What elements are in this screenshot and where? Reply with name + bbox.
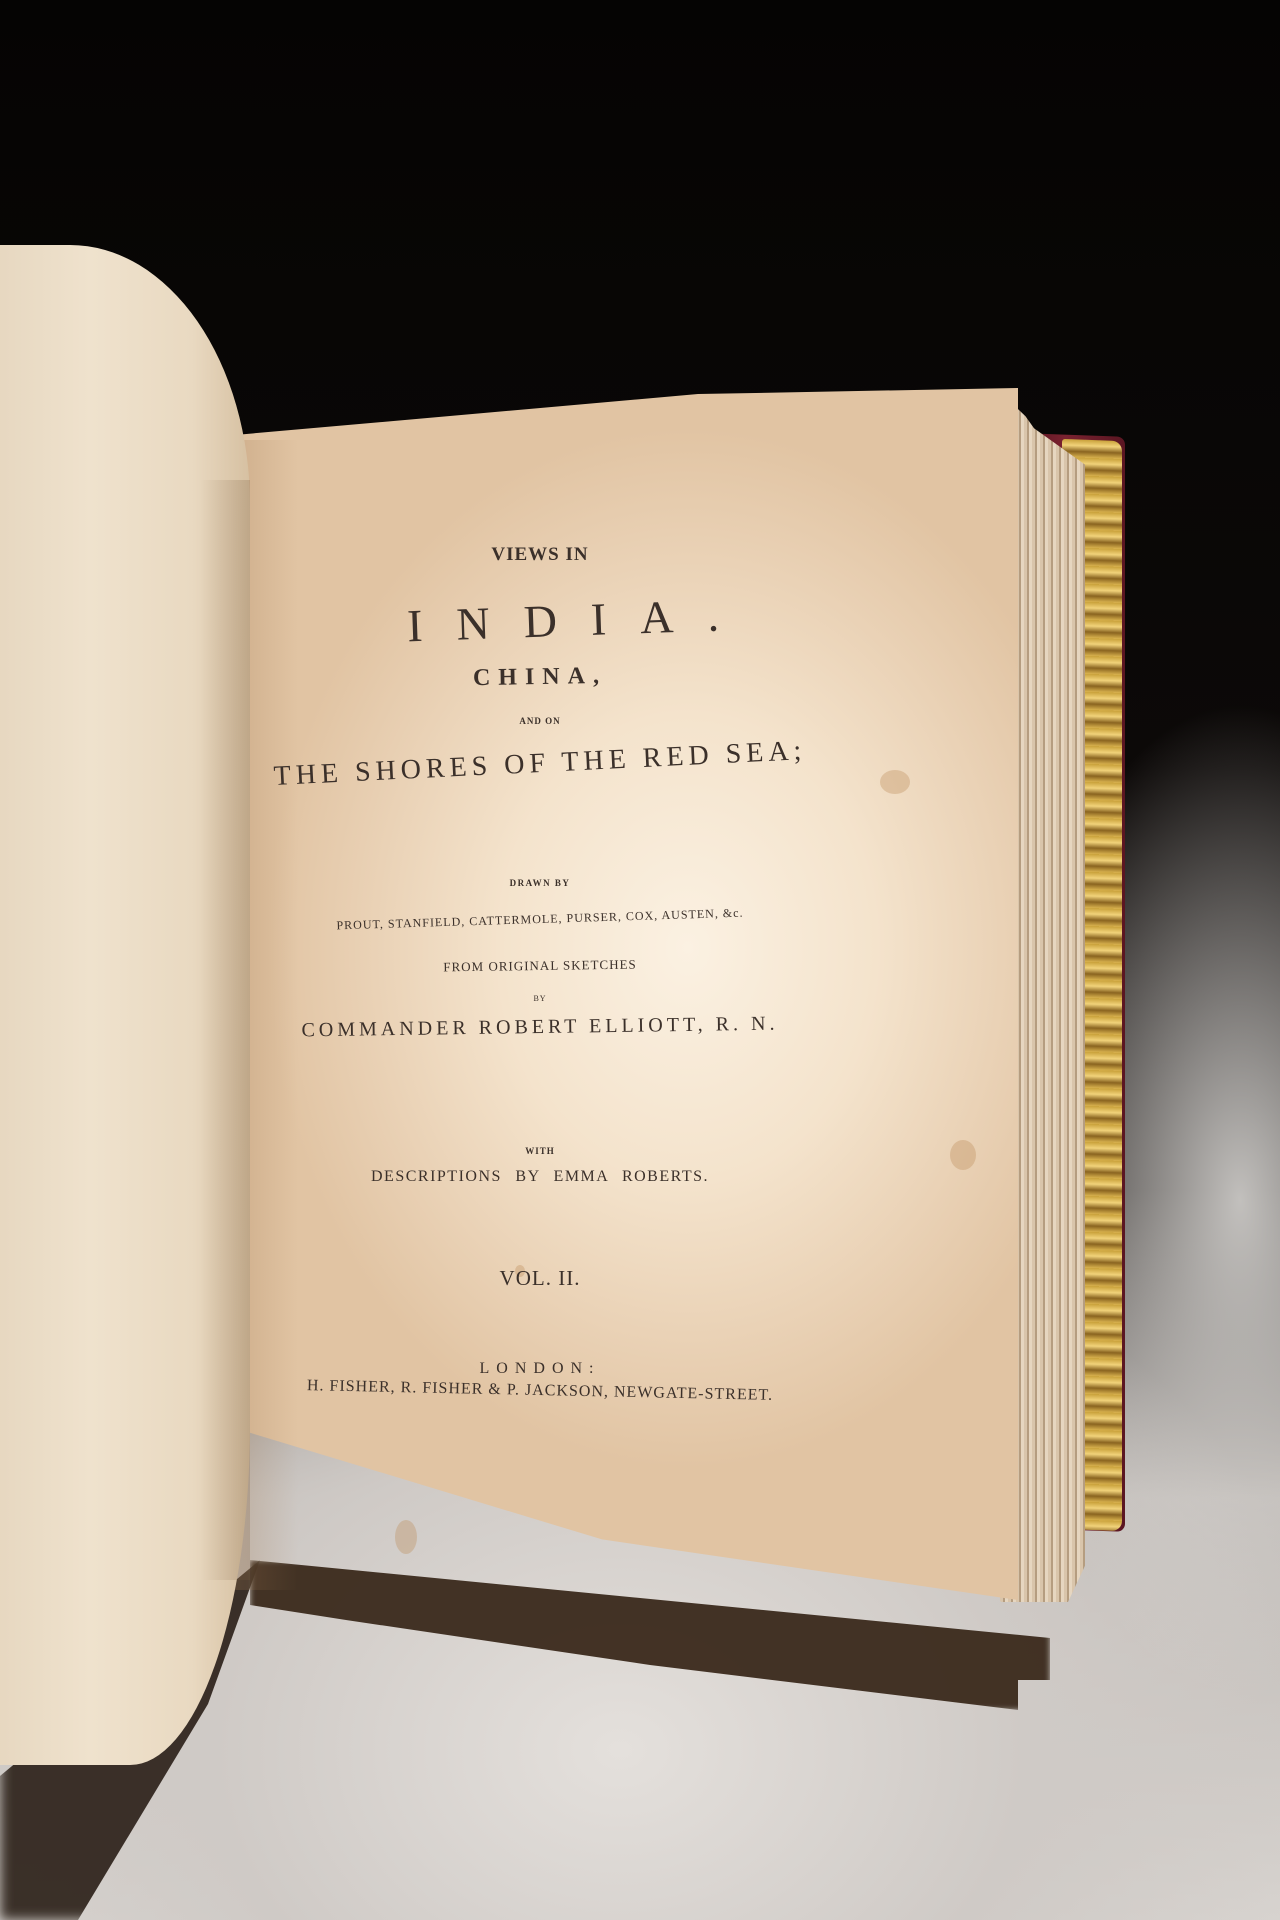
with-line: WITH: [250, 1146, 830, 1156]
foxing-spot: [395, 1520, 417, 1554]
foxing-spot: [950, 1140, 976, 1170]
by-line: BY: [250, 994, 830, 1003]
views-in-line: VIEWS IN: [250, 544, 830, 566]
descriptions-line: DESCRIPTIONS BY EMMA ROBERTS.: [250, 1168, 830, 1186]
drawn-by-line: DRAWN BY: [250, 878, 830, 888]
and-on-line: AND ON: [250, 716, 830, 726]
city-line: LONDON:: [250, 1360, 830, 1378]
foxing-spot: [880, 770, 910, 794]
volume-line: VOL. II.: [250, 1266, 830, 1291]
